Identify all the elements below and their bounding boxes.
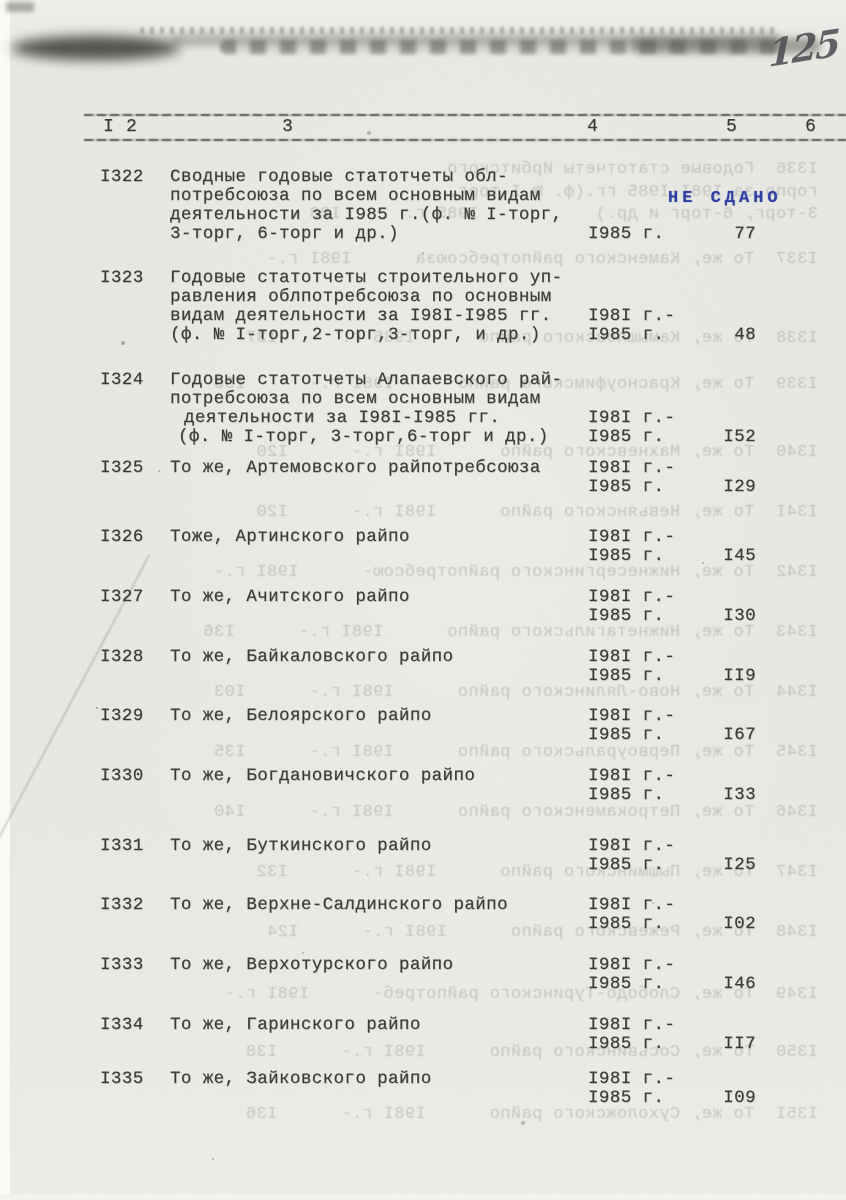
row-description-line: Сводные годовые статотчеты обл- <box>170 168 508 187</box>
row-dates: I985 г. <box>588 225 664 244</box>
row-description-line: То же, Верхне-Салдинского райпо <box>170 896 508 915</box>
row-page-count: I30 <box>688 607 756 626</box>
row-number: I325 <box>100 459 144 478</box>
row-number: I332 <box>100 896 144 915</box>
row-description-line: То же, Белоярского райпо <box>170 707 432 726</box>
row-dates: I98I г.- <box>588 528 675 547</box>
row-number: I324 <box>100 371 144 390</box>
row-description-line: видам деятельности за I98I-I985 гг. <box>170 307 552 326</box>
row-description-line: (ф. № I-торг,2-торг,3-торг, и др.) <box>170 326 541 345</box>
row-page-count: I25 <box>688 856 756 875</box>
column-number-6: 6 <box>805 118 816 137</box>
smudge-blob <box>140 27 780 34</box>
row-dates: I985 г. <box>588 428 664 447</box>
row-description-line: То же, Артемовского райпотребсоюза <box>170 459 541 478</box>
row-page-count: 48 <box>688 326 756 345</box>
header-rule-top <box>84 114 846 116</box>
row-dates: I98I г.- <box>588 767 675 786</box>
row-dates: I985 г. <box>588 786 664 805</box>
row-description-line: деятельности за I985 г.(ф. № I-торг, <box>170 206 562 225</box>
row-description-line: деятельности за I98I-I985 гг. <box>184 409 500 428</box>
bleedthrough-text: I337 То же, Каменского райпотребсоюза I9… <box>80 250 818 269</box>
row-dates: I98I г.- <box>588 837 675 856</box>
row-number: I326 <box>100 528 144 547</box>
column-number-3: 3 <box>282 118 293 137</box>
row-page-count: I29 <box>688 478 756 497</box>
row-dates: I985 г. <box>588 856 664 875</box>
ne-sdano-stamp: НЕ СДАНО <box>668 189 782 208</box>
row-dates: I985 г. <box>588 1089 664 1108</box>
row-page-count: II9 <box>688 667 756 686</box>
scan-smudge-band <box>0 26 846 64</box>
row-description-line: То же, Байкаловского райпо <box>170 648 453 667</box>
row-page-count: I67 <box>688 726 756 745</box>
row-description-line: равления облпотребсоюза по основным <box>170 288 552 307</box>
row-dates: I98I г.- <box>588 1070 675 1089</box>
row-number: I328 <box>100 648 144 667</box>
row-number: I329 <box>100 707 144 726</box>
row-dates: I98I г.- <box>588 409 675 428</box>
row-dates: I985 г. <box>588 547 664 566</box>
row-page-count: I45 <box>688 547 756 566</box>
column-number-4: 4 <box>587 118 598 137</box>
row-description-line: потребсоюза по всем основным видам <box>170 187 541 206</box>
row-description-line: То же, Гаринского райпо <box>170 1016 421 1035</box>
row-dates: I985 г. <box>588 915 664 934</box>
smudge-blob <box>12 36 180 60</box>
row-number: I327 <box>100 588 144 607</box>
row-dates: I98I г.- <box>588 588 675 607</box>
row-description-line: Годовые статотчеты строительного уп- <box>170 269 562 288</box>
row-dates: I98I г.- <box>588 307 675 326</box>
row-description-line: Годовые статотчеты Алапаевского рай- <box>170 371 562 390</box>
row-dates: I98I г.- <box>588 707 675 726</box>
row-dates: I985 г. <box>588 607 664 626</box>
row-description-line: Тоже, Артинского райпо <box>170 528 410 547</box>
row-description-line: То же, Зайковского райпо <box>170 1070 432 1089</box>
row-dates: I985 г. <box>588 667 664 686</box>
row-number: I330 <box>100 767 144 786</box>
paper-specks <box>0 0 2 2</box>
row-page-count: I09 <box>688 1089 756 1108</box>
row-dates: I98I г.- <box>588 459 675 478</box>
column-number-1: I <box>103 118 114 137</box>
bleedthrough-text: I34I То же, Невьянского райпо I98I г.- I… <box>80 503 818 522</box>
row-number: I333 <box>100 956 144 975</box>
row-dates: I985 г. <box>588 1035 664 1054</box>
row-dates: I985 г. <box>588 478 664 497</box>
bleedthrough-text: I345 То же, Первоуральского райпо I98I г… <box>80 743 818 762</box>
row-description-line: потребсоюза по всем основным видам <box>170 390 541 409</box>
row-page-count: I52 <box>688 428 756 447</box>
row-description-line: То же, Ачитского райпо <box>170 588 410 607</box>
column-number-5: 5 <box>726 118 737 137</box>
scanned-page: I336 Годовые статотчеты Ирбитского горпо… <box>0 0 846 1200</box>
row-number: I334 <box>100 1016 144 1035</box>
row-page-count: 77 <box>688 225 756 244</box>
row-dates: I98I г.- <box>588 896 675 915</box>
scan-edge-bottom <box>0 1194 846 1200</box>
column-number-2: 2 <box>126 118 137 137</box>
header-rule-bottom <box>84 139 846 141</box>
scan-corner-smudge <box>6 2 34 12</box>
row-page-count: I02 <box>688 915 756 934</box>
row-number: I335 <box>100 1070 144 1089</box>
bleedthrough-text: I346 То же, Петрокаменского райпо I98I г… <box>80 803 818 822</box>
row-page-count: II7 <box>688 1035 756 1054</box>
row-dates: I98I г.- <box>588 648 675 667</box>
row-description-line: То же, Верхотурского райпо <box>170 956 453 975</box>
row-description-line: То же, Богдановичского райпо <box>170 767 475 786</box>
row-description-line: То же, Буткинского райпо <box>170 837 432 856</box>
row-dates: I98I г.- <box>588 956 675 975</box>
scan-edge-left <box>0 0 10 1200</box>
row-number: I323 <box>100 269 144 288</box>
row-page-count: I33 <box>688 786 756 805</box>
row-dates: I985 г. <box>588 975 664 994</box>
row-number: I331 <box>100 837 144 856</box>
row-dates: I985 г. <box>588 326 664 345</box>
row-page-count: I46 <box>688 975 756 994</box>
row-description-line: 3-торг, 6-торг и др.) <box>170 225 399 244</box>
row-description-line: (ф. № I-торг, 3-торг,6-торг и др.) <box>178 428 549 447</box>
row-dates: I98I г.- <box>588 1016 675 1035</box>
row-number: I322 <box>100 168 144 187</box>
row-dates: I985 г. <box>588 726 664 745</box>
